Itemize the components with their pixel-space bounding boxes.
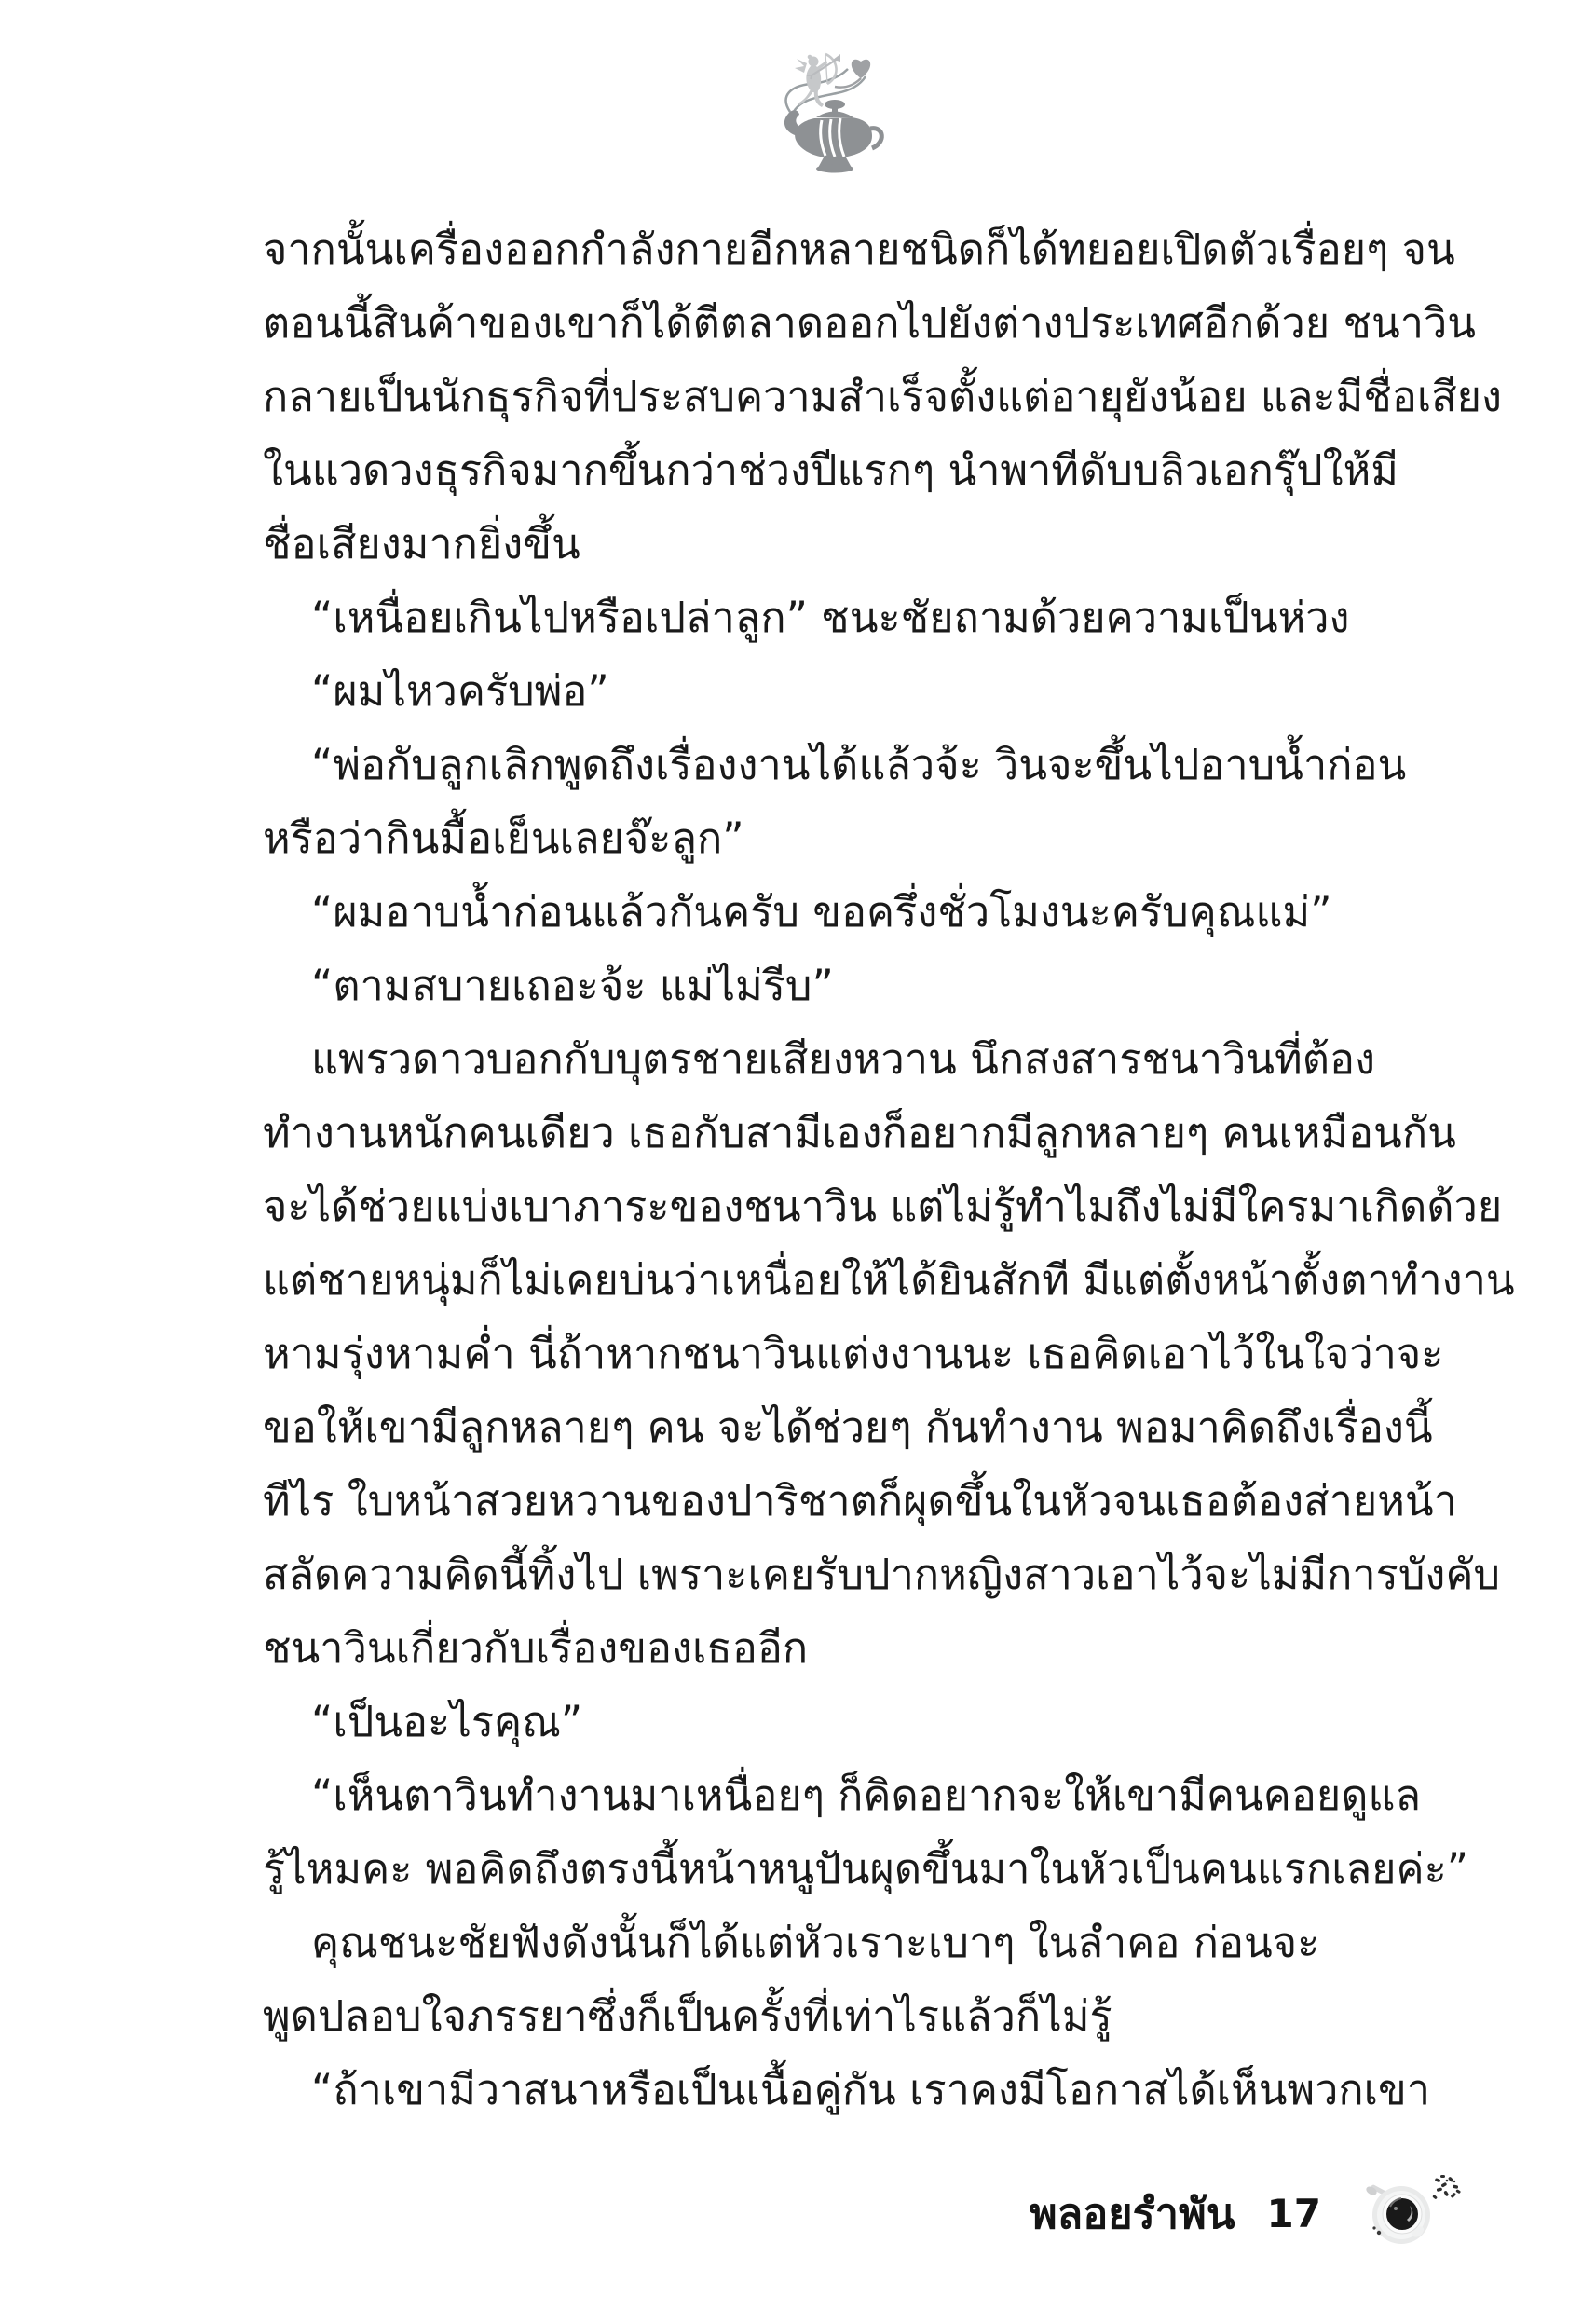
coffee-beans-icon — [1432, 2175, 1461, 2199]
body-text-line: ชื่อเสียงมากยิ่งขึ้น — [263, 507, 1429, 581]
body-text-line: แพรวดาวบอกกับบุตรชายเสียงหวาน นึกสงสารชน… — [263, 1022, 1429, 1096]
body-text-line: สลัดความคิดนี้ทิ้งไป เพราะเคยรับปากหญิงส… — [263, 1538, 1429, 1611]
book-page: { "ornament": { "name": "cupid-heart-gen… — [0, 0, 1596, 2311]
body-text-line: ตอนนี้สินค้าของเขาก็ได้ตีตลาดออกไปยังต่า… — [263, 286, 1429, 360]
genie-lamp-icon — [784, 100, 881, 173]
body-text-line: พูดปลอบใจภรรยาซึ่งก็เป็นครั้งที่เท่าไรแล… — [263, 1979, 1429, 2053]
body-text-line: “ถ้าเขามีวาสนาหรือเป็นเนื้อคู่กัน เราคงม… — [263, 2053, 1429, 2126]
body-text-line: “เหนื่อยเกินไปหรือเปล่าลูก” ชนะชัยถามด้ว… — [263, 581, 1429, 654]
body-text-line: ชนาวินเกี่ยวกับเรื่องของเธออีก — [263, 1611, 1429, 1685]
body-text-line: ในแวดวงธุรกิจมากขึ้นกว่าช่วงปีแรกๆ นำพาท… — [263, 433, 1429, 507]
book-title: พลอยรำพัน — [1030, 2180, 1235, 2247]
body-text-line: “พ่อกับลูกเลิกพูดถึงเรื่องงานได้แล้วจ้ะ … — [263, 728, 1429, 801]
body-text: จากนั้นเครื่องออกกำลังกายอีกหลายชนิดก็ได… — [263, 212, 1429, 2126]
heart-icon — [852, 60, 870, 78]
body-text-line: ทีไร ใบหน้าสวยหวานของปาริชาตก็ผุดขึ้นในห… — [263, 1464, 1429, 1538]
body-text-line: จากนั้นเครื่องออกกำลังกายอีกหลายชนิดก็ได… — [263, 212, 1429, 286]
cupid-lamp-ornament-icon — [779, 50, 893, 175]
body-text-line: “ผมอาบน้ำก่อนแล้วกันครับ ขอครึ่งชั่วโมงน… — [263, 875, 1429, 949]
coffee-cup-icon — [1353, 2173, 1463, 2253]
body-text-line: หรือว่ากินมื้อเย็นเลยจ๊ะลูก” — [263, 801, 1429, 875]
body-text-line: กลายเป็นนักธุรกิจที่ประสบความสำเร็จตั้งแ… — [263, 360, 1429, 433]
body-text-line: รู้ไหมคะ พอคิดถึงตรงนี้หน้าหนูปันผุดขึ้น… — [263, 1832, 1429, 1906]
body-text-line: “ตามสบายเถอะจ้ะ แม่ไม่รีบ” — [263, 949, 1429, 1022]
body-text-line: “ผมไหวครับพ่อ” — [263, 654, 1429, 728]
body-text-line: “เป็นอะไรคุณ” — [263, 1685, 1429, 1758]
body-text-line: จะได้ช่วยแบ่งเบาภาระของชนาวิน แต่ไม่รู้ท… — [263, 1169, 1429, 1243]
page-number: 17 — [1267, 2191, 1321, 2236]
body-text-line: ขอให้เขามีลูกหลายๆ คน จะได้ช่วยๆ กันทำงา… — [263, 1390, 1429, 1464]
body-text-line: ทำงานหนักคนเดียว เธอกับสามีเองก็อยากมีลู… — [263, 1096, 1429, 1169]
body-text-line: แต่ชายหนุ่มก็ไม่เคยบ่นว่าเหนื่อยให้ได้ยิ… — [263, 1243, 1429, 1317]
body-text-line: หามรุ่งหามค่ำ นี่ถ้าหากชนาวินแต่งงานนะ เ… — [263, 1317, 1429, 1390]
page-footer: พลอยรำพัน 17 — [1030, 2171, 1463, 2255]
body-text-line: “เห็นตาวินทำงานมาเหนื่อยๆ ก็คิดอยากจะให้… — [263, 1758, 1429, 1832]
body-text-line: คุณชนะชัยฟังดังนั้นก็ได้แต่หัวเราะเบาๆ ใ… — [263, 1906, 1429, 1979]
